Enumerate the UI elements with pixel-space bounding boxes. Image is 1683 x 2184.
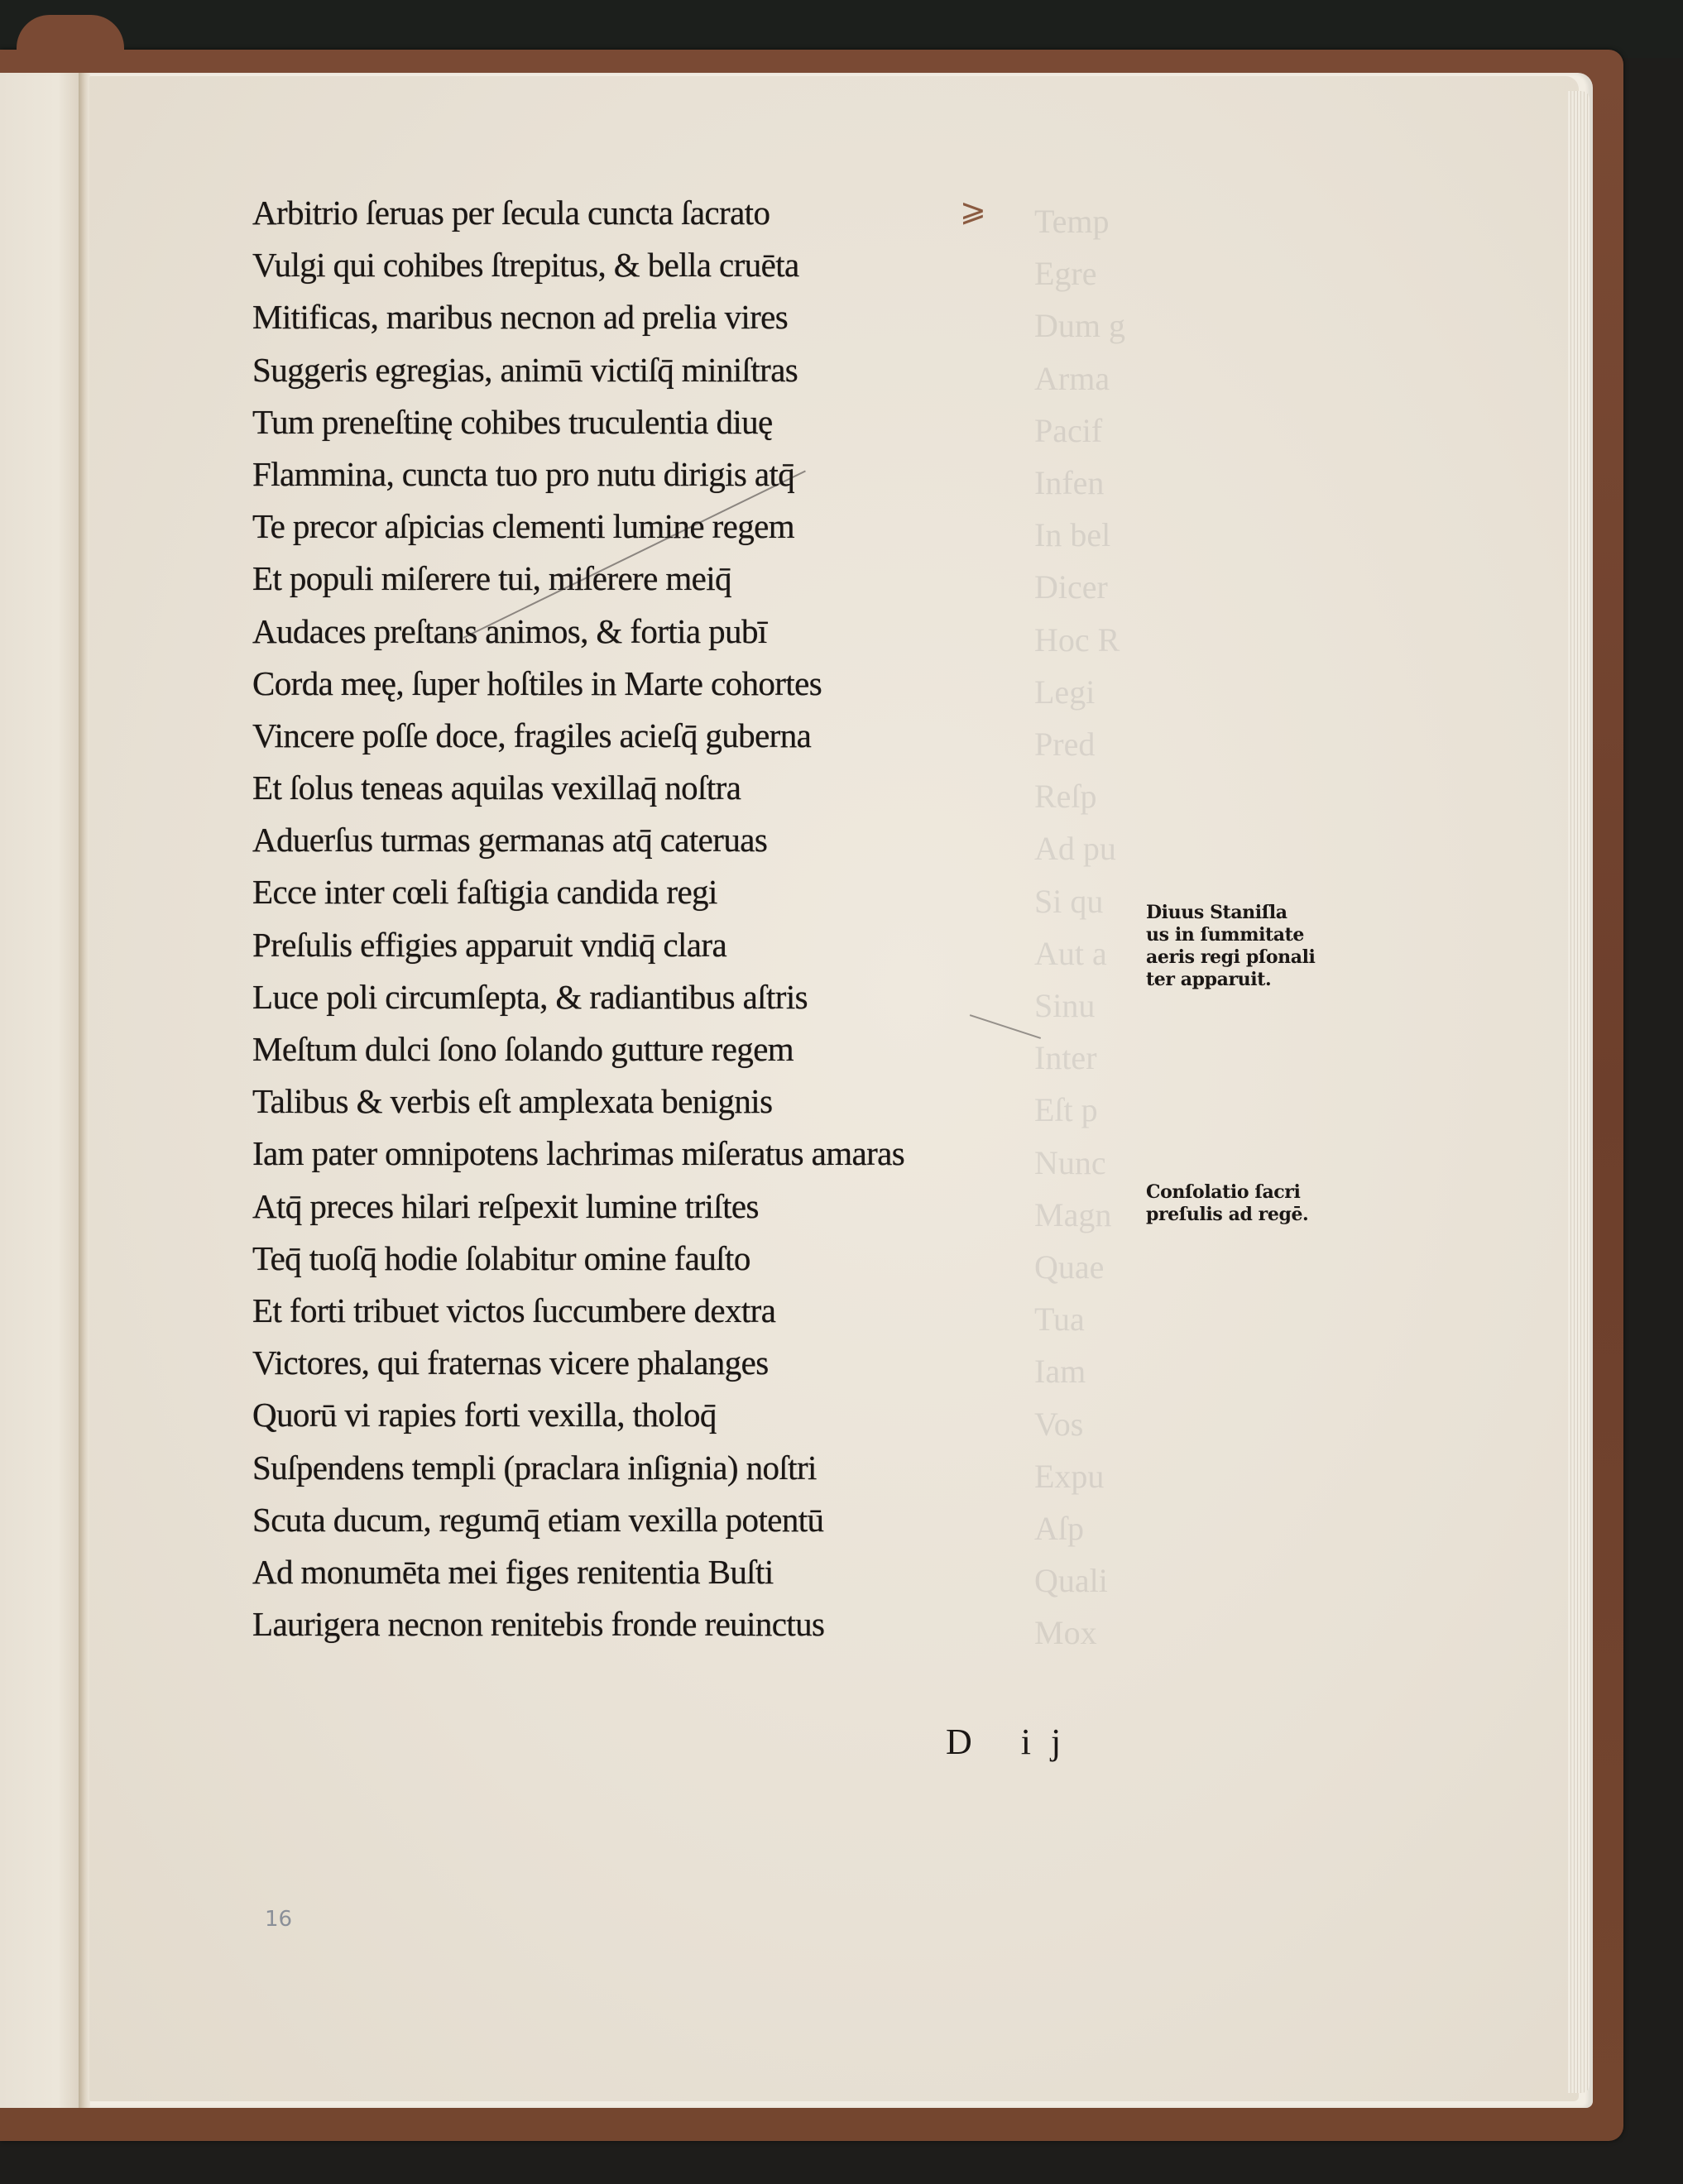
verse-line: Meſtum dulci ſono ſolando gutture regem bbox=[252, 1023, 1146, 1075]
verse-line: Ecce inter cœli faſtigia candida regi bbox=[252, 866, 1146, 918]
marginal-note-stanislaus: Diuus Staniſla us in ſummitate aeris reg… bbox=[1146, 902, 1394, 991]
marginal-note-line: us in ſummitate bbox=[1146, 924, 1394, 946]
verse-line: Aduerſus turmas germanas atq̄ cateruas bbox=[252, 814, 1146, 866]
fore-edge-leaves bbox=[1568, 91, 1589, 2093]
pencil-folio-number: 16 bbox=[265, 1907, 292, 1932]
verse-line: Quorū vi rapies forti vexilla, tholoq̄ bbox=[252, 1389, 1146, 1441]
marginal-note-line: ter apparuit. bbox=[1146, 969, 1394, 991]
marginal-note-line: Diuus Staniſla bbox=[1146, 902, 1394, 924]
verse-line: Tum preneſtinę cohibes truculentia diuę bbox=[252, 396, 1146, 448]
verse-line: Et populi miſerere tui, miſerere meiq̄ bbox=[252, 553, 1146, 605]
verse-block: Arbitrio ſeruas per ſecula cuncta ſacrat… bbox=[252, 187, 1146, 1650]
verse-line: Atq̄ preces hilari reſpexit lumine triſt… bbox=[252, 1181, 1146, 1233]
signature-mark: D ij bbox=[946, 1721, 1081, 1763]
verse-line: Et forti tribuet victos ſuccumbere dextr… bbox=[252, 1285, 1146, 1337]
verse-line: Suſpendens templi (praclara inſignia) no… bbox=[252, 1442, 1146, 1494]
verse-line: Laurigera necnon renitebis fronde reuinc… bbox=[252, 1598, 1146, 1650]
verse-line: Arbitrio ſeruas per ſecula cuncta ſacrat… bbox=[252, 187, 1146, 239]
verse-line: Vulgi qui cohibes ſtrepitus, & bella cru… bbox=[252, 239, 1146, 291]
verse-line: Flammina, cuncta tuo pro nutu dirigis at… bbox=[252, 448, 1146, 500]
marginal-note-line: Conſolatio ſacri bbox=[1146, 1181, 1394, 1204]
verse-line: Te precor aſpicias clementi lumine regem bbox=[252, 500, 1146, 553]
gutter bbox=[79, 73, 90, 2108]
verse-line: Iam pater omnipotens lachrimas miſeratus… bbox=[252, 1128, 1146, 1180]
verse-line: Et ſolus teneas aquilas vexillaq̄ noſtra bbox=[252, 762, 1146, 814]
verse-line: Teq̄ tuoſq̄ hodie ſolabitur omine fauſto bbox=[252, 1233, 1146, 1285]
marginal-note-line: aeris regi pſonali bbox=[1146, 946, 1394, 969]
marginal-note-line: preſulis ad regē. bbox=[1146, 1204, 1394, 1226]
verse-line: Talibus & verbis eſt amplexata benignis bbox=[252, 1075, 1146, 1128]
verse-line: Mitificas, maribus necnon ad prelia vire… bbox=[252, 291, 1146, 343]
verse-line: Victores, qui fraternas vicere phalanges bbox=[252, 1337, 1146, 1389]
verse-line: Corda meę, ſuper hoſtiles in Marte cohor… bbox=[252, 658, 1146, 710]
verse-line: Luce poli circumſepta, & radiantibus aſt… bbox=[252, 971, 1146, 1023]
verse-line: Suggeris egregias, animū victiſq̄ miniſt… bbox=[252, 344, 1146, 396]
verse-line: Audaces preſtans animos, & fortia pubī bbox=[252, 606, 1146, 658]
verse-line: Ad monumēta mei figes renitentia Buſti bbox=[252, 1546, 1146, 1598]
marginal-note-consolatio: Conſolatio ſacri preſulis ad regē. bbox=[1146, 1181, 1394, 1226]
left-page-edge bbox=[0, 73, 83, 2108]
verse-line: Vincere poſſe doce, fragiles acieſq̄ gub… bbox=[252, 710, 1146, 762]
verse-line: Preſulis effigies apparuit vndiq̄ clara bbox=[252, 919, 1146, 971]
verse-line: Scuta ducum, regumq̄ etiam vexilla poten… bbox=[252, 1494, 1146, 1546]
